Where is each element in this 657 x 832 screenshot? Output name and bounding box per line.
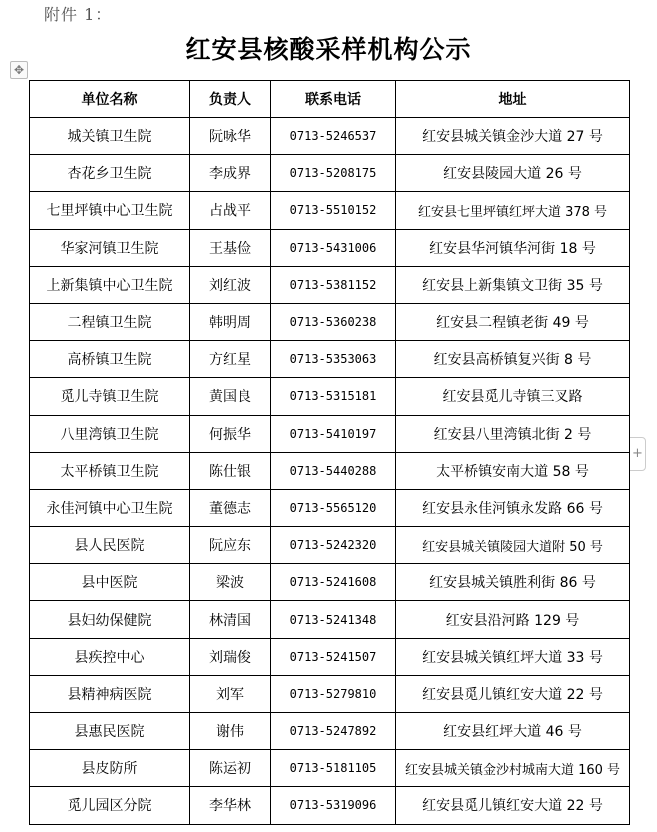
cell-person: 董德志: [190, 489, 271, 526]
table-row: 觅儿寺镇卫生院黄国良0713-5315181红安县觅儿寺镇三叉路: [30, 378, 630, 415]
table-row: 太平桥镇卫生院陈仕银0713-5440288太平桥镇安南大道 58 号: [30, 452, 630, 489]
cell-address: 红安县华河镇华河街 18 号: [396, 229, 630, 266]
cell-unit-name: 上新集镇中心卫生院: [30, 266, 190, 303]
cell-person: 阮咏华: [190, 118, 271, 155]
cell-person: 黄国良: [190, 378, 271, 415]
cell-unit-name: 高桥镇卫生院: [30, 341, 190, 378]
table-row: 七里坪镇中心卫生院占战平0713-5510152红安县七里坪镇红坪大道 378 …: [30, 192, 630, 229]
cell-unit-name: 觅儿寺镇卫生院: [30, 378, 190, 415]
header-unit-name: 单位名称: [30, 81, 190, 118]
cell-address: 红安县上新集镇文卫街 35 号: [396, 266, 630, 303]
cell-person: 李成界: [190, 155, 271, 192]
cell-unit-name: 县妇幼保健院: [30, 601, 190, 638]
table-row: 县惠民医院谢伟0713-5247892红安县红坪大道 46 号: [30, 713, 630, 750]
cell-unit-name: 七里坪镇中心卫生院: [30, 192, 190, 229]
cell-person: 何振华: [190, 415, 271, 452]
cell-phone: 0713-5510152: [271, 192, 396, 229]
cell-person: 阮应东: [190, 527, 271, 564]
cell-address: 红安县城关镇金沙村城南大道 160 号: [396, 750, 630, 787]
cell-phone: 0713-5279810: [271, 675, 396, 712]
cell-unit-name: 二程镇卫生院: [30, 303, 190, 340]
header-phone: 联系电话: [271, 81, 396, 118]
cell-unit-name: 县皮防所: [30, 750, 190, 787]
cell-address: 红安县沿河路 129 号: [396, 601, 630, 638]
cell-person: 方红星: [190, 341, 271, 378]
cell-address: 红安县觅儿寺镇三叉路: [396, 378, 630, 415]
cell-unit-name: 华家河镇卫生院: [30, 229, 190, 266]
table-row: 觅儿园区分院李华林0713-5319096红安县觅儿镇红安大道 22 号: [30, 787, 630, 824]
add-row-icon[interactable]: +: [629, 437, 646, 471]
cell-phone: 0713-5565120: [271, 489, 396, 526]
cell-address: 红安县陵园大道 26 号: [396, 155, 630, 192]
cell-address: 红安县觅儿镇红安大道 22 号: [396, 787, 630, 824]
cell-address: 红安县二程镇老街 49 号: [396, 303, 630, 340]
cell-address: 红安县觅儿镇红安大道 22 号: [396, 675, 630, 712]
cell-person: 李华林: [190, 787, 271, 824]
header-person: 负责人: [190, 81, 271, 118]
cell-phone: 0713-5315181: [271, 378, 396, 415]
cell-address: 红安县八里湾镇北街 2 号: [396, 415, 630, 452]
header-address: 地址: [396, 81, 630, 118]
table-row: 县精神病医院刘军0713-5279810红安县觅儿镇红安大道 22 号: [30, 675, 630, 712]
cell-phone: 0713-5246537: [271, 118, 396, 155]
cell-unit-name: 县人民医院: [30, 527, 190, 564]
cell-person: 谢伟: [190, 713, 271, 750]
table-row: 二程镇卫生院韩明周0713-5360238红安县二程镇老街 49 号: [30, 303, 630, 340]
document-title: 红安县核酸采样机构公示: [0, 30, 657, 66]
cell-unit-name: 县疾控中心: [30, 638, 190, 675]
cell-phone: 0713-5242320: [271, 527, 396, 564]
table-row: 县妇幼保健院林清国0713-5241348红安县沿河路 129 号: [30, 601, 630, 638]
table-row: 八里湾镇卫生院何振华0713-5410197红安县八里湾镇北街 2 号: [30, 415, 630, 452]
cell-person: 韩明周: [190, 303, 271, 340]
cell-unit-name: 县中医院: [30, 564, 190, 601]
cell-phone: 0713-5431006: [271, 229, 396, 266]
cell-phone: 0713-5410197: [271, 415, 396, 452]
cell-person: 刘红波: [190, 266, 271, 303]
cell-unit-name: 觅儿园区分院: [30, 787, 190, 824]
table-move-handle-icon[interactable]: ✥: [10, 61, 28, 79]
cell-unit-name: 太平桥镇卫生院: [30, 452, 190, 489]
cell-phone: 0713-5353063: [271, 341, 396, 378]
table-row: 杏花乡卫生院李成界0713-5208175红安县陵园大道 26 号: [30, 155, 630, 192]
table-row: 上新集镇中心卫生院刘红波0713-5381152红安县上新集镇文卫街 35 号: [30, 266, 630, 303]
table-header-row: 单位名称 负责人 联系电话 地址: [30, 81, 630, 118]
table-row: 城关镇卫生院阮咏华0713-5246537红安县城关镇金沙大道 27 号: [30, 118, 630, 155]
table-row: 县中医院梁波0713-5241608红安县城关镇胜利街 86 号: [30, 564, 630, 601]
cell-address: 红安县城关镇金沙大道 27 号: [396, 118, 630, 155]
cell-person: 林清国: [190, 601, 271, 638]
cell-address: 太平桥镇安南大道 58 号: [396, 452, 630, 489]
cell-unit-name: 城关镇卫生院: [30, 118, 190, 155]
table-row: 县疾控中心刘瑞俊0713-5241507红安县城关镇红坪大道 33 号: [30, 638, 630, 675]
cell-person: 陈仕银: [190, 452, 271, 489]
cell-address: 红安县永佳河镇永发路 66 号: [396, 489, 630, 526]
table-row: 县人民医院阮应东0713-5242320红安县城关镇陵园大道附 50 号: [30, 527, 630, 564]
cell-person: 王基俭: [190, 229, 271, 266]
cell-address: 红安县城关镇红坪大道 33 号: [396, 638, 630, 675]
cell-phone: 0713-5381152: [271, 266, 396, 303]
cell-phone: 0713-5319096: [271, 787, 396, 824]
cell-address: 红安县高桥镇复兴街 8 号: [396, 341, 630, 378]
attachment-label: 附件 1：: [44, 2, 112, 25]
cell-person: 刘瑞俊: [190, 638, 271, 675]
cell-address: 红安县红坪大道 46 号: [396, 713, 630, 750]
cell-phone: 0713-5208175: [271, 155, 396, 192]
table-row: 县皮防所陈运初0713-5181105红安县城关镇金沙村城南大道 160 号: [30, 750, 630, 787]
cell-address: 红安县七里坪镇红坪大道 378 号: [396, 192, 630, 229]
cell-person: 陈运初: [190, 750, 271, 787]
cell-phone: 0713-5360238: [271, 303, 396, 340]
cell-person: 梁波: [190, 564, 271, 601]
cell-phone: 0713-5241608: [271, 564, 396, 601]
cell-person: 刘军: [190, 675, 271, 712]
cell-address: 红安县城关镇胜利街 86 号: [396, 564, 630, 601]
table-row: 高桥镇卫生院方红星0713-5353063红安县高桥镇复兴街 8 号: [30, 341, 630, 378]
cell-unit-name: 县惠民医院: [30, 713, 190, 750]
cell-person: 占战平: [190, 192, 271, 229]
cell-unit-name: 杏花乡卫生院: [30, 155, 190, 192]
table-row: 华家河镇卫生院王基俭0713-5431006红安县华河镇华河街 18 号: [30, 229, 630, 266]
cell-phone: 0713-5241348: [271, 601, 396, 638]
cell-phone: 0713-5181105: [271, 750, 396, 787]
cell-unit-name: 八里湾镇卫生院: [30, 415, 190, 452]
table-row: 永佳河镇中心卫生院董德志0713-5565120红安县永佳河镇永发路 66 号: [30, 489, 630, 526]
cell-unit-name: 永佳河镇中心卫生院: [30, 489, 190, 526]
cell-unit-name: 县精神病医院: [30, 675, 190, 712]
cell-address: 红安县城关镇陵园大道附 50 号: [396, 527, 630, 564]
cell-phone: 0713-5241507: [271, 638, 396, 675]
cell-phone: 0713-5440288: [271, 452, 396, 489]
cell-phone: 0713-5247892: [271, 713, 396, 750]
institution-table: 单位名称 负责人 联系电话 地址 城关镇卫生院阮咏华0713-5246537红安…: [29, 80, 630, 825]
